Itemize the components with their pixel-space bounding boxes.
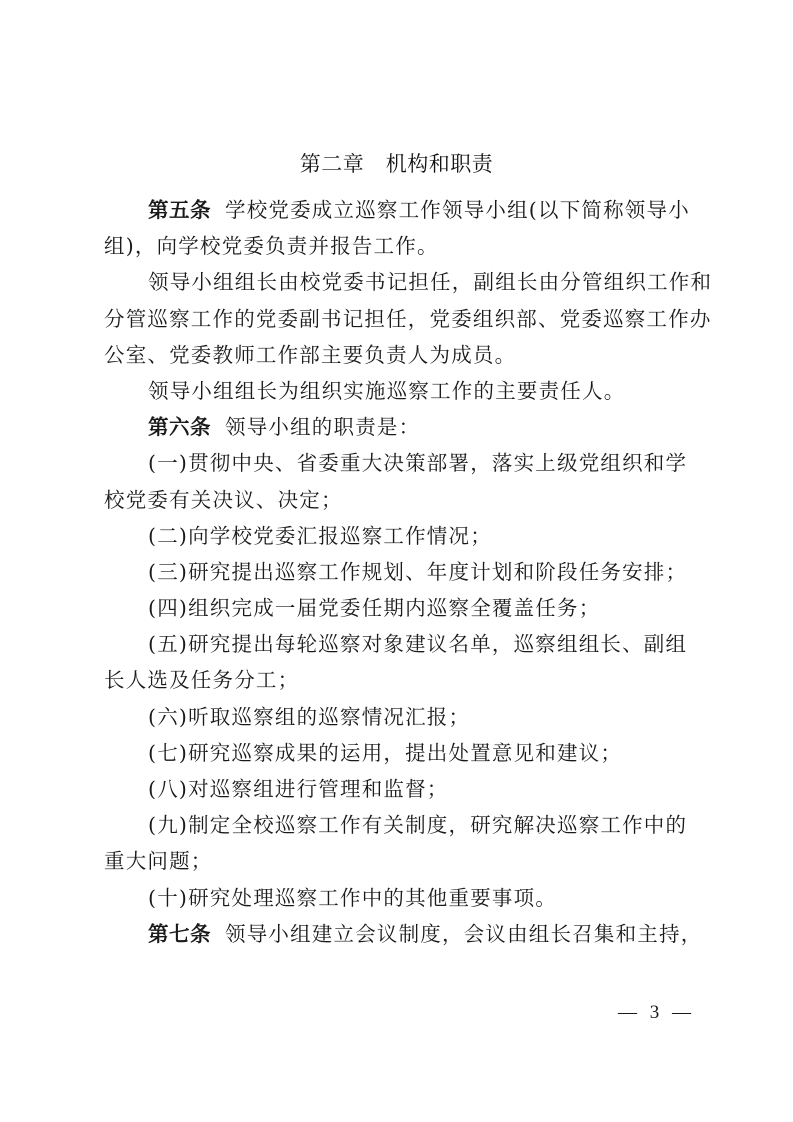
line-text: (六)听取巡察组的巡察情况汇报； bbox=[148, 705, 470, 729]
paragraph-line: (二)向学校党委汇报巡察工作情况； bbox=[104, 518, 694, 554]
paragraph-line: 第六条领导小组的职责是： bbox=[104, 409, 694, 445]
paragraph-line: (四)组织完成一届党委任期内巡察全覆盖任务； bbox=[104, 590, 694, 626]
line-text: 学校党委成立巡察工作领导小组(以下简称领导小 bbox=[225, 198, 690, 222]
line-text: 领导小组组长为组织实施巡察工作的主要责任人。 bbox=[148, 379, 625, 403]
line-text: (八)对巡察组进行管理和监督； bbox=[148, 777, 449, 801]
line-text: (十)研究处理巡察工作中的其他重要事项。 bbox=[148, 886, 557, 910]
line-text: (一)贯彻中央、省委重大决策部署，落实上级党组织和学 bbox=[148, 451, 687, 475]
paragraph-line: (八)对巡察组进行管理和监督； bbox=[104, 771, 694, 807]
paragraph-line: 组)，向学校党委负责并报告工作。 bbox=[104, 228, 694, 264]
line-text: 长人选及任务分工； bbox=[104, 668, 299, 692]
line-text: 领导小组建立会议制度，会议由组长召集和主持， bbox=[225, 922, 702, 946]
line-text: (五)研究提出每轮巡察对象建议名单，巡察组组长、副组 bbox=[148, 632, 687, 656]
line-text: (二)向学校党委汇报巡察工作情况； bbox=[148, 524, 492, 548]
article-label: 第六条 bbox=[148, 415, 211, 439]
document-page: 第二章 机构和职责 第五条学校党委成立巡察工作领导小组(以下简称领导小 组)，向… bbox=[0, 0, 793, 1122]
paragraph-line: (三)研究提出巡察工作规划、年度计划和阶段任务安排； bbox=[104, 554, 694, 590]
line-text: (四)组织完成一届党委任期内巡察全覆盖任务； bbox=[148, 596, 600, 620]
paragraph-line: 领导小组组长由校党委书记担任，副组长由分管组织工作和 bbox=[104, 264, 694, 300]
paragraph-line: 校党委有关决议、决定； bbox=[104, 482, 694, 518]
paragraph-line: (六)听取巡察组的巡察情况汇报； bbox=[104, 699, 694, 735]
paragraph-line: (一)贯彻中央、省委重大决策部署，落实上级党组织和学 bbox=[104, 445, 694, 481]
line-text: 重大问题； bbox=[104, 849, 213, 873]
paragraph-line: 第七条领导小组建立会议制度，会议由组长召集和主持， bbox=[104, 916, 694, 952]
page-number: — 3 — bbox=[618, 1002, 695, 1024]
paragraph-line: (五)研究提出每轮巡察对象建议名单，巡察组组长、副组 bbox=[104, 626, 694, 662]
paragraph-line: 领导小组组长为组织实施巡察工作的主要责任人。 bbox=[104, 373, 694, 409]
paragraph-line: 第五条学校党委成立巡察工作领导小组(以下简称领导小 bbox=[104, 192, 694, 228]
article-label: 第五条 bbox=[148, 198, 211, 222]
article-label: 第七条 bbox=[148, 922, 211, 946]
line-text: 公室、党委教师工作部主要负责人为成员。 bbox=[104, 343, 516, 367]
paragraph-line: (十)研究处理巡察工作中的其他重要事项。 bbox=[104, 880, 694, 916]
line-text: (三)研究提出巡察工作规划、年度计划和阶段任务安排； bbox=[148, 560, 687, 584]
line-text: 组)，向学校党委负责并报告工作。 bbox=[104, 234, 439, 258]
paragraph-line: (七)研究巡察成果的运用，提出处置意见和建议； bbox=[104, 735, 694, 771]
line-text: 分管巡察工作的党委副书记担任，党委组织部、党委巡察工作办 bbox=[104, 307, 712, 331]
document-body: 第五条学校党委成立巡察工作领导小组(以下简称领导小 组)，向学校党委负责并报告工… bbox=[104, 192, 694, 952]
paragraph-line: 分管巡察工作的党委副书记担任，党委组织部、党委巡察工作办 bbox=[104, 301, 694, 337]
line-text: (七)研究巡察成果的运用，提出处置意见和建议； bbox=[148, 741, 622, 765]
paragraph-line: 长人选及任务分工； bbox=[104, 662, 694, 698]
line-text: 领导小组组长由校党委书记担任，副组长由分管组织工作和 bbox=[148, 270, 712, 294]
paragraph-line: (九)制定全校巡察工作有关制度，研究解决巡察工作中的 bbox=[104, 807, 694, 843]
line-text: 领导小组的职责是： bbox=[225, 415, 420, 439]
line-text: (九)制定全校巡察工作有关制度，研究解决巡察工作中的 bbox=[148, 813, 687, 837]
chapter-title: 第二章 机构和职责 bbox=[0, 148, 793, 178]
line-text: 校党委有关决议、决定； bbox=[104, 488, 343, 512]
paragraph-line: 公室、党委教师工作部主要负责人为成员。 bbox=[104, 337, 694, 373]
paragraph-line: 重大问题； bbox=[104, 843, 694, 879]
